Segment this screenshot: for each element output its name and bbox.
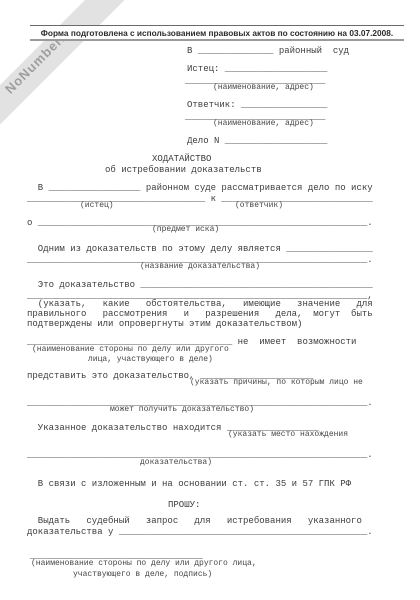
- claim-subject-caption: (предмет иска): [152, 225, 219, 234]
- body-line: подтверждены или опровергнуты этим доказ…: [27, 319, 302, 329]
- defendant-inline-caption: (ответчик): [235, 201, 283, 210]
- location-caption-1: (указать место нахождения: [228, 430, 348, 439]
- defendant-label-line: Ответчик: ________________: [187, 100, 327, 110]
- document-body: В ______________ районный судИстец: ____…: [0, 0, 420, 600]
- body-line: Одним из доказательств по этому делу явл…: [27, 244, 373, 254]
- body-line: Это доказательство _____________________…: [27, 280, 373, 290]
- signature-caption-2: участвующего в деле, подпись): [73, 570, 212, 579]
- party-caption-1: (наименование стороны по делу или другог…: [32, 345, 229, 354]
- plaintiff-label-line: Истец: ___________________: [187, 64, 327, 74]
- reasons-caption-1: (указать причины, по которым лицо не: [190, 378, 363, 387]
- document-page: NoNumber.ru Форма подготовлена с использ…: [0, 0, 420, 600]
- plaintiff-inline-caption: (истец): [80, 201, 114, 210]
- body-line: _________________________________ к ____…: [27, 194, 373, 204]
- body-line: правильного рассмотрения и разрешения де…: [27, 309, 373, 319]
- body-line: (указать, какие обстоятельства, имеющие …: [27, 299, 373, 309]
- request-heading: ПРОШУ:: [168, 500, 200, 510]
- defendant-caption: (наименование, адрес): [213, 119, 314, 128]
- doc-title: ХОДАТАЙСТВО: [152, 154, 211, 164]
- signature-caption-1: (наименование стороны по делу или другог…: [31, 559, 257, 568]
- body-line: В _________________ районном суде рассма…: [27, 183, 373, 193]
- evidence-name-caption: (название доказательства): [140, 262, 260, 271]
- body-line: доказательства у _______________________…: [27, 527, 373, 537]
- reasons-caption-2: может получить доказательство): [110, 405, 254, 414]
- court-line: В ______________ районный суд: [187, 46, 349, 56]
- party-caption-2: лица, участвующего в деле): [88, 355, 213, 364]
- doc-subtitle: об истребовании доказательств: [105, 165, 262, 175]
- body-line: В связи с изложенным и на основании ст. …: [27, 479, 351, 489]
- plaintiff-caption: (наименование, адрес): [213, 83, 314, 92]
- location-caption-2: доказательства): [140, 458, 212, 467]
- body-line: Выдать судебный запрос для истребования …: [27, 516, 362, 526]
- case-number-line: Дело N ___________________: [187, 136, 327, 146]
